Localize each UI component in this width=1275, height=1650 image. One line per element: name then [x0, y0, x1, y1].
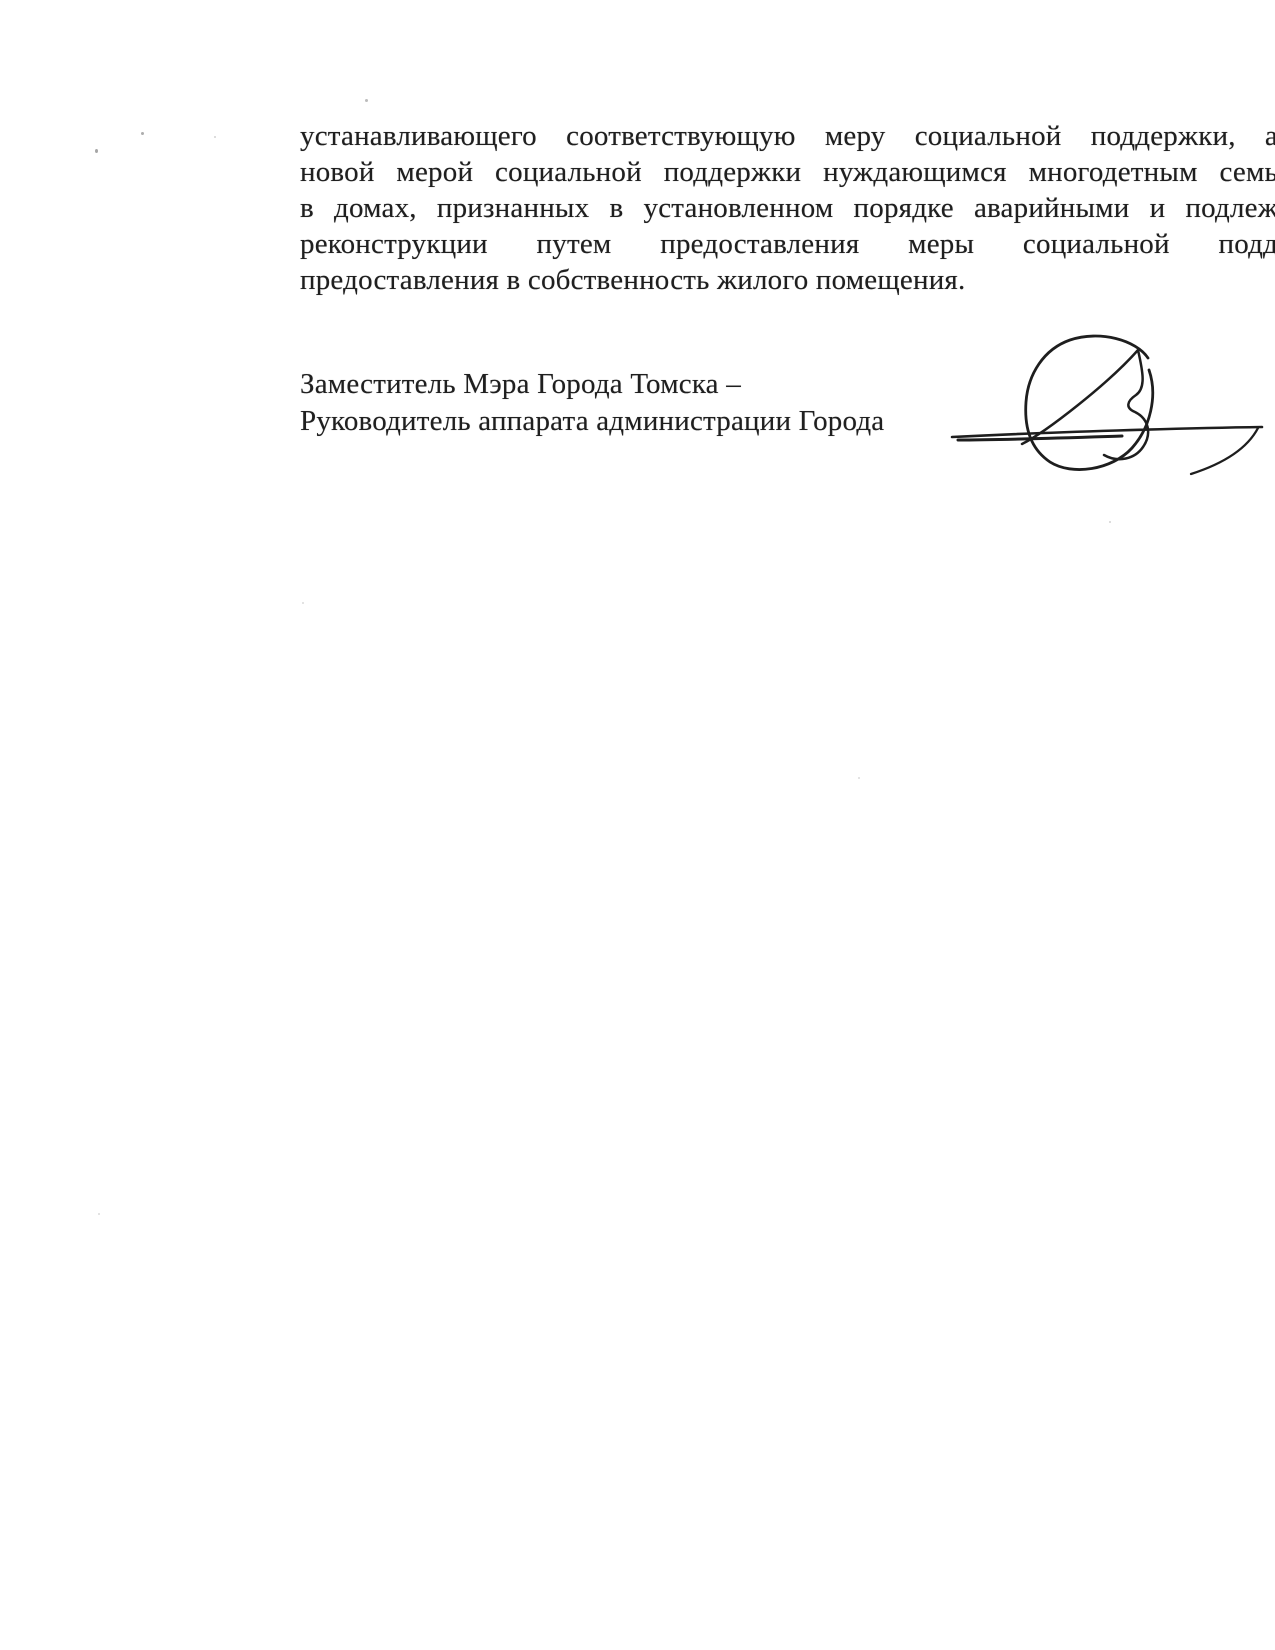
- scan-speck: [302, 602, 304, 604]
- scan-speck: [95, 149, 98, 153]
- scan-speck: [365, 99, 368, 102]
- paragraph-line: устанавливающего соответствующую меру со…: [300, 118, 1275, 154]
- scan-speck: [141, 132, 144, 135]
- scan-speck: [1109, 521, 1111, 523]
- scan-speck: [858, 777, 860, 779]
- paragraph-line: в домах, признанных в установленном поря…: [300, 190, 1275, 226]
- paragraph-line: предоставления в собственность жилого по…: [300, 262, 1275, 298]
- signer-position-line2: Руководитель аппарата администрации Горо…: [300, 403, 884, 440]
- paragraph-line: новой мерой социальной поддержки нуждающ…: [300, 154, 1275, 190]
- signer-position-block: Заместитель Мэра Города Томска – Руковод…: [300, 366, 884, 440]
- handwritten-signature-icon: [940, 332, 1275, 487]
- body-paragraph: устанавливающего соответствующую меру со…: [300, 118, 1275, 298]
- scan-speck: [214, 136, 216, 138]
- scan-speck: [98, 1213, 100, 1215]
- paragraph-line: реконструкции путем предоставления меры …: [300, 226, 1275, 262]
- document-page: устанавливающего соответствующую меру со…: [0, 0, 1275, 1650]
- signer-position-line1: Заместитель Мэра Города Томска –: [300, 366, 884, 403]
